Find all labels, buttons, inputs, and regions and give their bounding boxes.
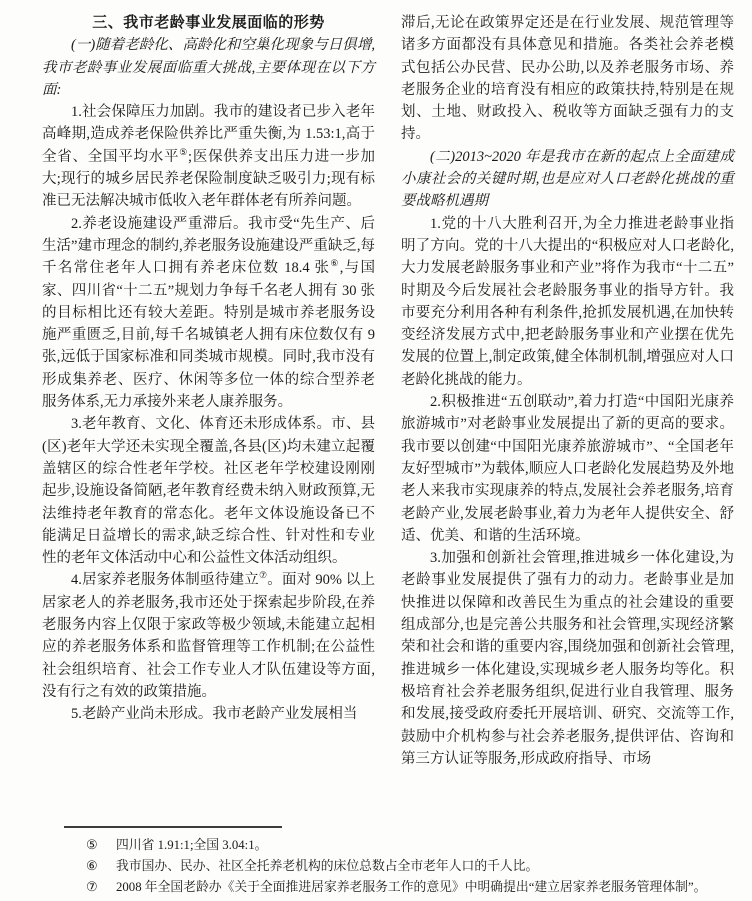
left-column: 三、我市老龄事业发展面临的形势 (一)随着老龄化、高龄化和空巢化现象与日俱增,我… (42, 12, 375, 770)
footnote-marker: ⑦ (86, 877, 97, 898)
subsection-heading-paragraph: (一)随着老龄化、高龄化和空巢化现象与日俱增,我市老龄事业发展面临重大挑战,主要… (42, 34, 375, 101)
section-heading: 三、我市老龄事业发展面临的形势 (42, 12, 375, 34)
body-paragraph: 3.老年教育、文化、体育还未形成体系。市、县(区)老年大学还未实现全覆盖,各县(… (42, 413, 375, 569)
left-column-paragraphs: (一)随着老龄化、高龄化和空巢化现象与日俱增,我市老龄事业发展面临重大挑战,主要… (42, 34, 375, 725)
body-paragraph: 1.党的十八大胜利召开,为全力推进老龄事业指明了方向。党的十八大提出的“积极应对… (401, 213, 734, 391)
subsection-heading-paragraph: (二)2013~2020 年是我市在新的起点上全面建成小康社会的关键时期,也是应… (401, 146, 734, 213)
footnote-list: ⑤四川省 1.91:1;全国 3.04:1。⑥我市国办、民办、社区全托养老机构的… (42, 835, 742, 897)
body-paragraph: 2.积极推进“五创联动”,着力打造“中国阳光康养旅游城市”对老龄事业发展提出了新… (401, 391, 734, 547)
body-paragraph: 1.社会保障压力加剧。我市的建设者已步入老年高峰期,造成养老保险供养比严重失衡,… (42, 101, 375, 212)
right-column: 滞后,无论在政策界定还是在行业发展、规范管理等诸多方面都没有具体意见和措施。各类… (401, 12, 734, 770)
footnote-marker: ⑥ (86, 856, 97, 877)
book-page: 三、我市老龄事业发展面临的形势 (一)随着老龄化、高龄化和空巢化现象与日俱增,我… (42, 12, 734, 770)
body-paragraph: 4.居家养老服务体制亟待建立⑦。面对 90% 以上居家老人的养老服务,我市还处于… (42, 569, 375, 703)
footnote-text: 2008 年全国老龄办《关于全面推进居家养老服务工作的意见》中明确提出“建立居家… (116, 880, 706, 894)
body-paragraph: 滞后,无论在政策界定还是在行业发展、规范管理等诸多方面都没有具体意见和措施。各类… (401, 12, 734, 146)
right-column-paragraphs: 滞后,无论在政策界定还是在行业发展、规范管理等诸多方面都没有具体意见和措施。各类… (401, 12, 734, 770)
body-paragraph: 3.加强和创新社会管理,推进城乡一体化建设,为老龄事业发展提供了强有力的动力。老… (401, 547, 734, 770)
footnote-marker: ⑤ (86, 835, 97, 856)
body-paragraph: 2.养老设施建设严重滞后。我市受“先生产、后生活”建市理念的制约,养老服务设施建… (42, 213, 375, 414)
footnote-separator (64, 826, 282, 828)
footnote-reference: ⑤ (179, 147, 188, 157)
footnote-text: 我市国办、民办、社区全托养老机构的床位总数占全市老年人口的千人比。 (116, 859, 538, 873)
body-paragraph: 5.老龄产业尚未形成。我市老龄产业发展相当 (42, 703, 375, 725)
footnote-reference: ⑥ (330, 258, 339, 268)
footnote-reference: ⑦ (259, 571, 267, 581)
footnote-area: ⑤四川省 1.91:1;全国 3.04:1。⑥我市国办、民办、社区全托养老机构的… (42, 826, 742, 897)
footnote-item: ⑥我市国办、民办、社区全托养老机构的床位总数占全市老年人口的千人比。 (42, 856, 742, 877)
footnote-text: 四川省 1.91:1;全国 3.04:1。 (116, 838, 267, 852)
footnote-item: ⑦2008 年全国老龄办《关于全面推进居家养老服务工作的意见》中明确提出“建立居… (42, 877, 742, 898)
footnote-item: ⑤四川省 1.91:1;全国 3.04:1。 (42, 835, 742, 856)
